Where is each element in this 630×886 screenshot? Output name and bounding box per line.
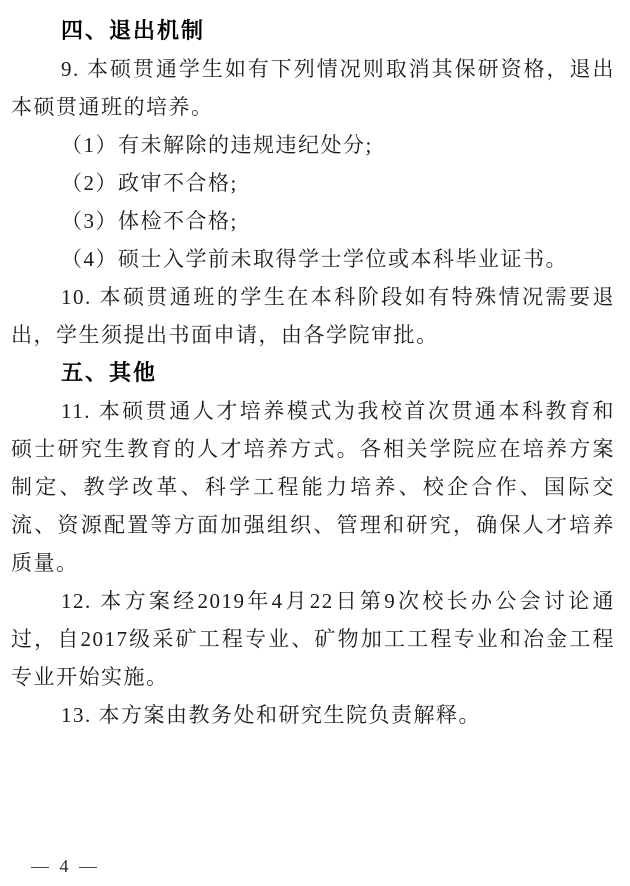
paragraph-item-10: 10. 本硕贯通班的学生在本科阶段如有特殊情况需要退出，学生须提出书面申请，由各… xyxy=(11,278,615,354)
paragraph-subitem-4: （4）硕士入学前未取得学士学位或本科毕业证书。 xyxy=(11,240,615,278)
document-page: 四、退出机制 9. 本硕贯通学生如有下列情况则取消其保研资格，退出本硕贯通班的培… xyxy=(0,0,630,886)
section-heading-exit-mechanism: 四、退出机制 xyxy=(11,12,615,50)
paragraph-item-9: 9. 本硕贯通学生如有下列情况则取消其保研资格，退出本硕贯通班的培养。 xyxy=(11,50,615,126)
paragraph-subitem-1: （1）有未解除的违规违纪处分; xyxy=(11,126,615,164)
paragraph-item-11: 11. 本硕贯通人才培养模式为我校首次贯通本科教育和硕士研究生教育的人才培养方式… xyxy=(11,392,615,582)
paragraph-item-12: 12. 本方案经2019年4月22日第9次校长办公会讨论通过，自2017级采矿工… xyxy=(11,582,615,696)
paragraph-subitem-3: （3）体检不合格; xyxy=(11,202,615,240)
page-number: — 4 — xyxy=(31,856,100,877)
section-heading-others: 五、其他 xyxy=(11,354,615,392)
paragraph-item-13: 13. 本方案由教务处和研究生院负责解释。 xyxy=(11,696,615,734)
paragraph-subitem-2: （2）政审不合格; xyxy=(11,164,615,202)
